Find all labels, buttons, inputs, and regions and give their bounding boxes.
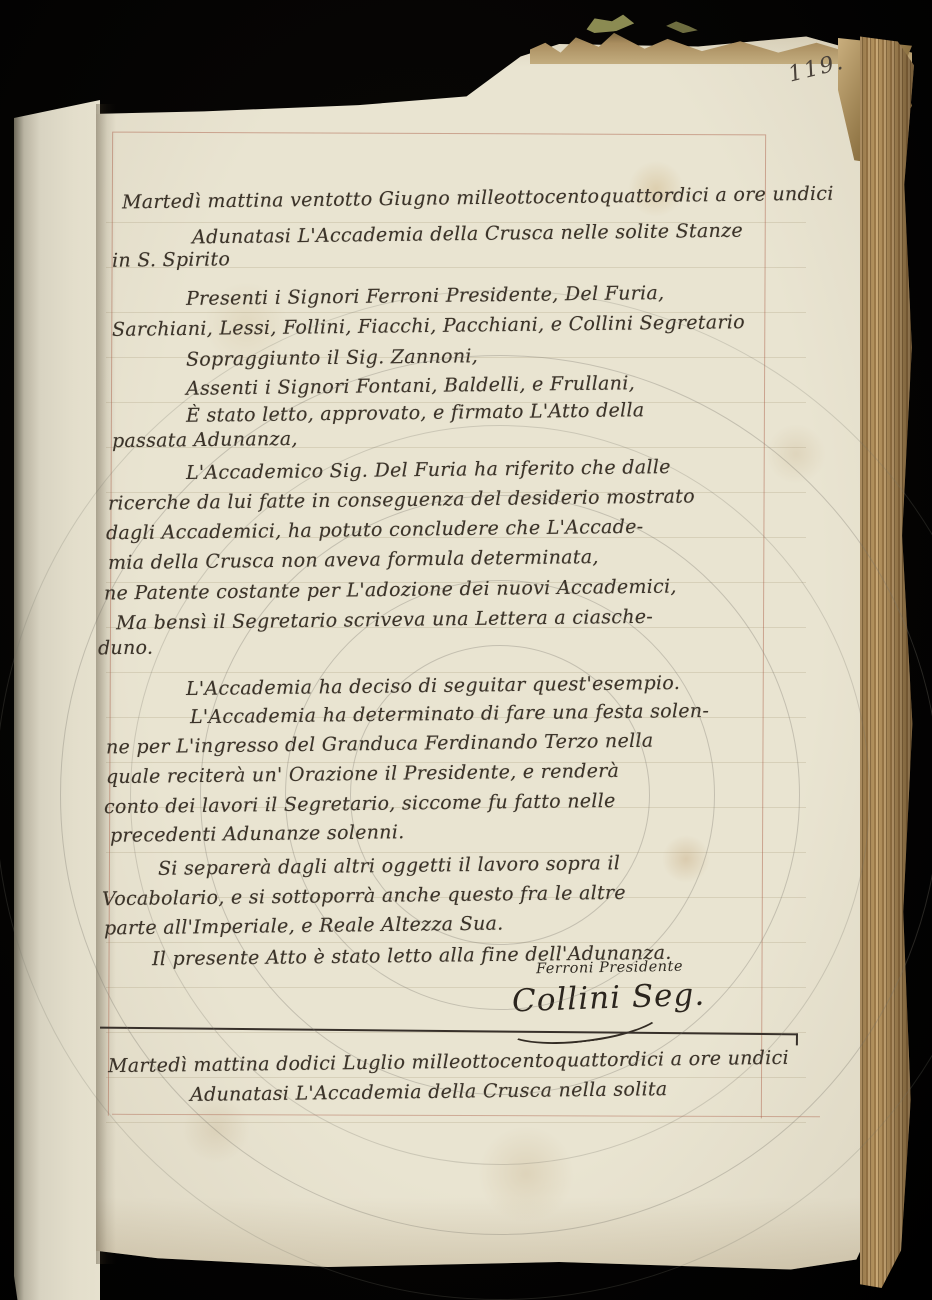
president-signature: Ferroni Presidente xyxy=(536,959,683,978)
manuscript-line: passata Adunanza, xyxy=(112,427,298,453)
debris-chunk xyxy=(666,20,699,34)
manuscript-line: Sopraggiunto il Sig. Zannoni, xyxy=(186,344,478,372)
manuscript-line: duno. xyxy=(98,636,154,661)
left-page-sliver xyxy=(14,100,100,1300)
manuscript-line: precedenti Adunanze solenni. xyxy=(110,820,405,848)
fore-edge-stack xyxy=(860,34,914,1288)
manuscript-line: in S. Spirito xyxy=(112,247,230,272)
separator-hook xyxy=(796,1033,798,1045)
debris-chunk xyxy=(585,12,635,35)
manuscript-photo: 119. Martedì mattina ventotto Giugno mil… xyxy=(0,0,932,1300)
manuscript-line: parte all'Imperiale, e Reale Altezza Sua… xyxy=(104,912,504,941)
